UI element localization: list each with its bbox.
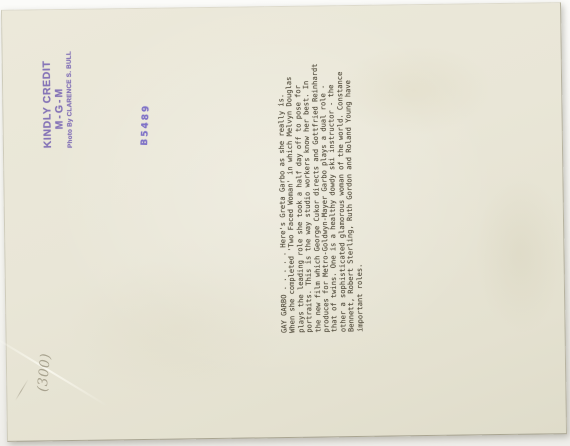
scan-background: KINDLY CREDIT M-G-M Photo By CLARENCE S.…	[0, 0, 570, 446]
stamp-kindly-credit-text: KINDLY CREDIT	[41, 68, 54, 148]
paper-stain	[474, 173, 566, 334]
handwritten-number-300: (300)	[35, 337, 64, 393]
handwritten-negative-code: B5489	[140, 106, 156, 147]
stamp-mgm-text: M-G-M	[53, 68, 66, 148]
photo-verso-paper: KINDLY CREDIT M-G-M Photo By CLARENCE S.…	[1, 2, 567, 442]
stamp-photographer-text: Photo By CLARENCE S. BULL	[65, 68, 75, 148]
typewritten-caption: GAY GARBO . . . . . Here's Greta Garbo a…	[277, 64, 365, 333]
pencil-stroke	[15, 378, 30, 401]
mgm-credit-stamp: KINDLY CREDIT M-G-M Photo By CLARENCE S.…	[41, 68, 82, 149]
paper-stain	[66, 257, 288, 400]
